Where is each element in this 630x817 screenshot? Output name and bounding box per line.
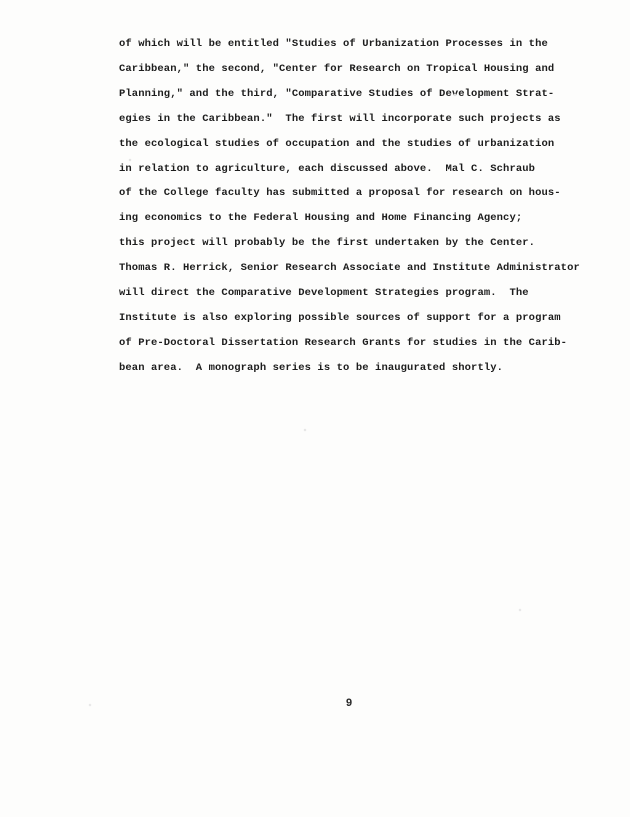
text-line: the ecological studies of occupation and… [119, 132, 594, 157]
paragraph-block: of which will be entitled "Studies of Ur… [119, 32, 594, 381]
text-line: Thomas R. Herrick, Senior Research Assoc… [119, 256, 594, 281]
text-line: Caribbean," the second, "Center for Rese… [119, 57, 594, 82]
text-line: will direct the Comparative Development … [119, 281, 594, 306]
text-line: ing economics to the Federal Housing and… [119, 206, 594, 231]
text-line: egies in the Caribbean." The first will … [119, 107, 594, 132]
text-line: of Pre-Doctoral Dissertation Research Gr… [119, 331, 594, 356]
page-number: 9 [119, 698, 579, 710]
text-line: Institute is also exploring possible sou… [119, 306, 594, 331]
text-line: Planning," and the third, "Comparative S… [119, 82, 594, 107]
text-line: of which will be entitled "Studies of Ur… [119, 32, 594, 57]
text-line: in relation to agriculture, each discuss… [119, 157, 594, 182]
text-line: this project will probably be the first … [119, 231, 594, 256]
text-line: of the College faculty has submitted a p… [119, 181, 594, 206]
document-page: of which will be entitled "Studies of Ur… [0, 0, 630, 817]
text-line: bean area. A monograph series is to be i… [119, 356, 594, 381]
